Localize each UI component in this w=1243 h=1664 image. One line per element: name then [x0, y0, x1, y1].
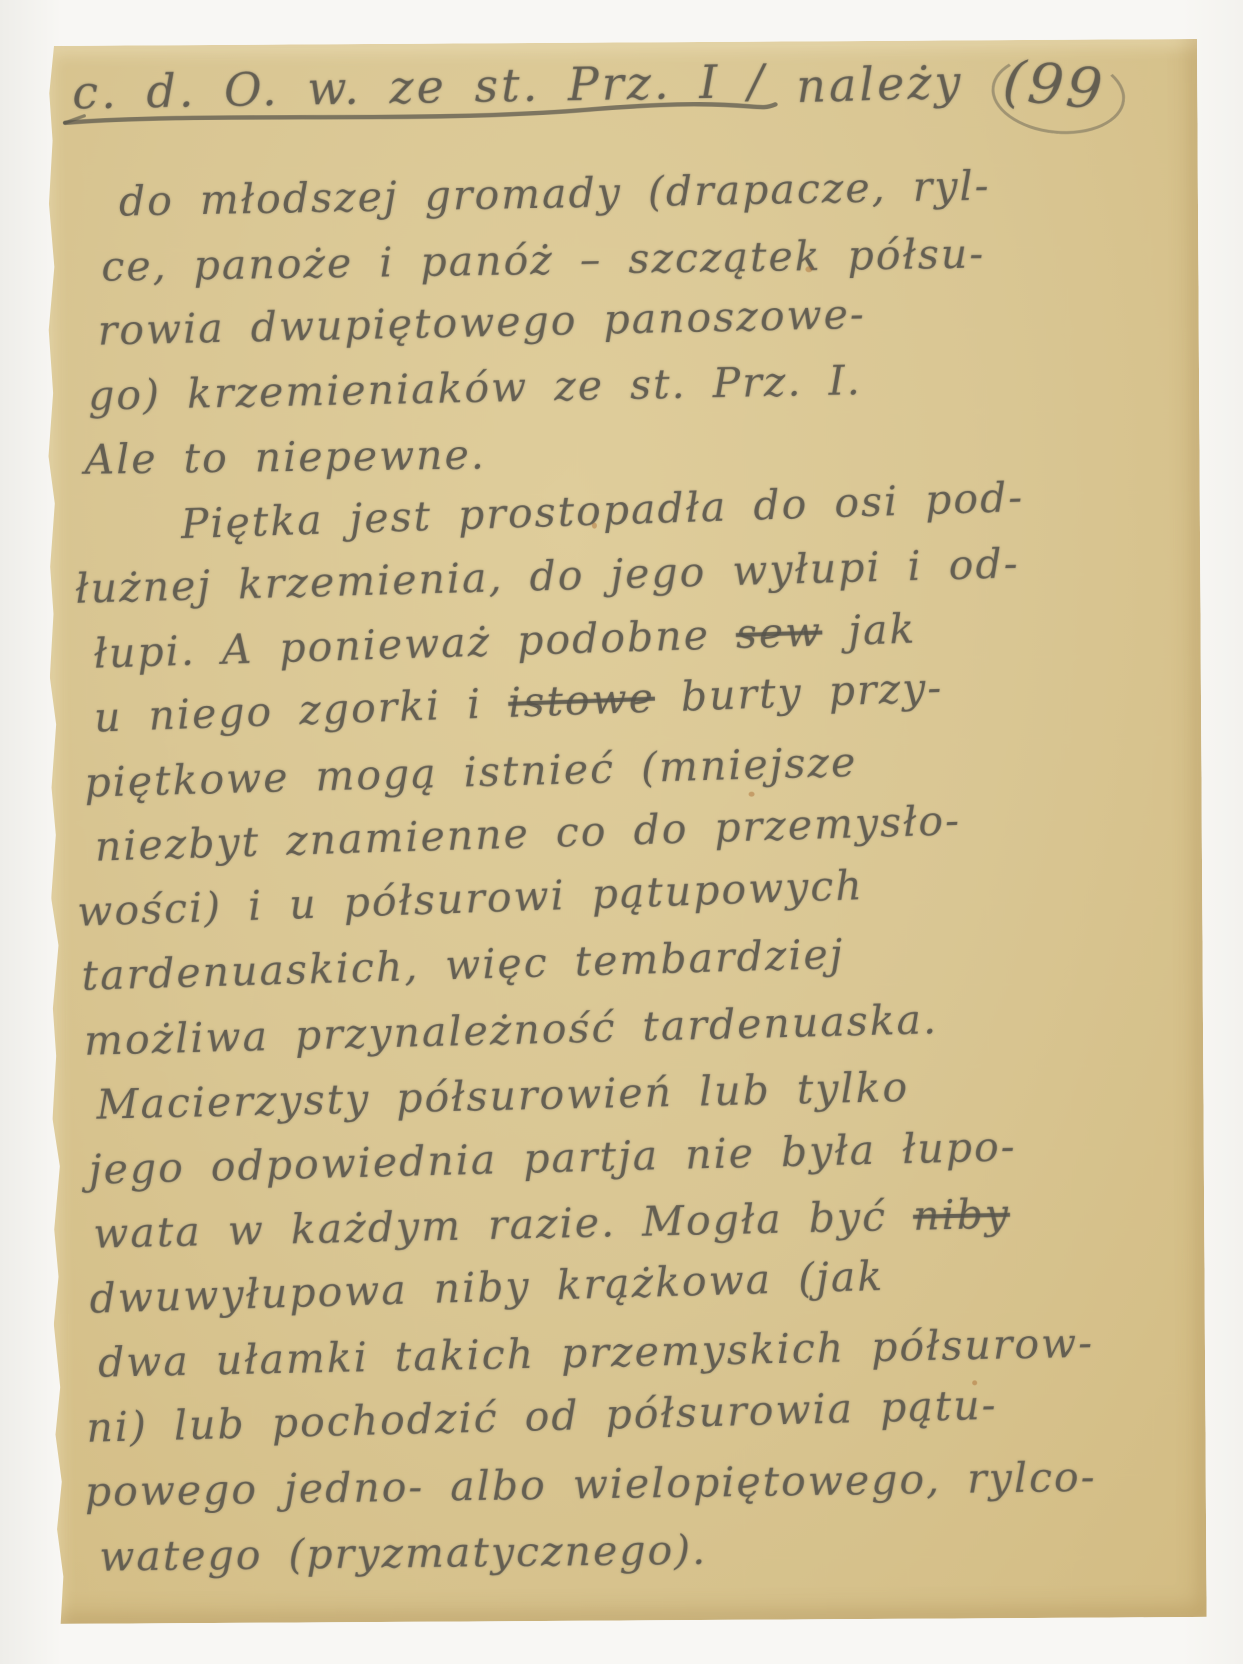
text-segment: Macierzysty półsurowień lub tylko — [96, 1063, 910, 1129]
paper-speck — [592, 523, 597, 529]
text-segment: możliwa przynależność tardenuaska. — [83, 995, 938, 1065]
page-number-badge: (99 — [988, 47, 1129, 140]
struck-word: sew — [735, 607, 823, 658]
header-continuation: należy — [796, 55, 965, 114]
manuscript-page: c. d. O. w. ze st. Prz. I / należy (99 d… — [44, 39, 1207, 1624]
text-segment: tardenuaskich, więc tembardziej — [81, 930, 845, 1000]
paper-speck — [749, 792, 755, 797]
text-segment: burty przy- — [654, 663, 944, 721]
header-title: c. d. O. w. ze st. Prz. I / — [72, 54, 767, 120]
text-segment: watego (pryzmatycznego). — [99, 1525, 708, 1580]
paper-speck — [805, 266, 812, 272]
text-segment: ce, panoże i panóż – szczątek półsu- — [101, 229, 985, 290]
struck-word: niby — [913, 1190, 1011, 1240]
text-segment: go) krzemieniaków ze st. Prz. I. — [88, 356, 863, 420]
page-number: (99 — [1000, 48, 1108, 123]
text-segment: powego jedno- albo wielopiętowego, rylco… — [84, 1453, 1096, 1516]
handwritten-lines: do młodszej gromady (drapacze, ryl-ce, p… — [73, 163, 1181, 1589]
struck-word: istowe — [507, 674, 655, 727]
text-segment: Ale to niepewne. — [84, 431, 486, 484]
text-segment: u niego zgorki i — [93, 679, 509, 742]
handwritten-line: watego (pryzmatycznego). — [99, 1512, 1181, 1589]
page-header: c. d. O. w. ze st. Prz. I / należy (99 — [72, 55, 1172, 158]
paper-speck — [972, 1380, 977, 1385]
scan-background: { "doc": { "language": "Polish", "header… — [0, 0, 1243, 1664]
text-segment: do młodszej gromady (drapacze, ryl- — [119, 162, 991, 226]
text-segment: jak — [822, 604, 917, 655]
text-segment: rowia dwupiętowego panoszowe- — [97, 290, 866, 355]
